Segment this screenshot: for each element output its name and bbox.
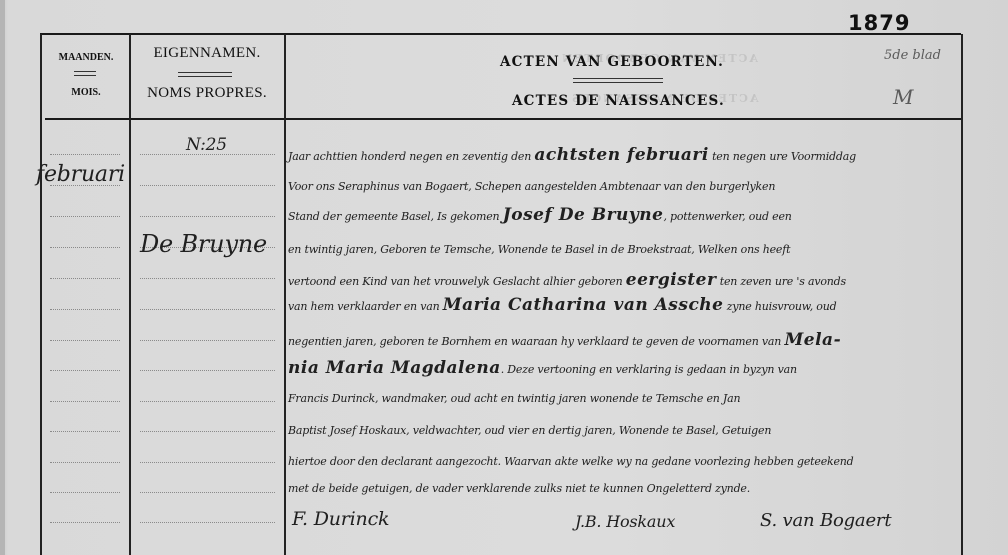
record-line-5: vertoond een Kind van het vrouwelyk Gesl… (288, 270, 846, 290)
record-line-7: negentien jaren, geboren te Bornhem en w… (288, 330, 841, 350)
column-divider-left (40, 34, 42, 555)
header-month-fr: MOIS. (48, 87, 124, 98)
ruled-line (140, 431, 275, 432)
record-line-3: Stand der gemeente Basel, Is gekomen Jos… (288, 205, 792, 225)
ruled-line (140, 522, 275, 523)
page-edge (0, 0, 5, 555)
record-line-2: Voor ons Seraphinus van Bogaert, Schepen… (288, 180, 775, 193)
header-top-rule (40, 33, 961, 35)
ruled-line (50, 216, 120, 217)
record-line-4: en twintig jaren, Geboren te Temsche, Wo… (288, 243, 790, 256)
signature-witness-1: F. Durinck (292, 508, 389, 530)
ruled-line (140, 278, 275, 279)
signature-official: S. van Bogaert (760, 510, 891, 531)
column-divider-right (961, 34, 963, 555)
ruled-line (50, 278, 120, 279)
header-names-nl: EIGENNAMEN. (134, 45, 280, 62)
header-bottom-rule (45, 118, 961, 120)
header-month-divider (74, 71, 96, 76)
record-line-9: Francis Durinck, wandmaker, oud acht en … (288, 392, 740, 405)
record-line-1: Jaar achttien honderd negen en zeventig … (288, 145, 856, 165)
ruled-line (140, 370, 275, 371)
ruled-line (140, 462, 275, 463)
register-page: 1879 MAANDEN. MOIS. EIGENNAMEN. NOMS PRO… (0, 0, 1008, 555)
header-month-nl: MAANDEN. (48, 52, 124, 63)
header-title-nl: ACTEN VAN GEBOORTEN. (500, 54, 724, 70)
record-line-11: hiertoe door den declarant aangezocht. W… (288, 455, 854, 468)
ruled-line (50, 247, 120, 248)
page-initials: M (893, 85, 913, 109)
record-surname: De Bruyne (140, 230, 267, 258)
page-note: 5de blad (884, 48, 941, 63)
record-line-10: Baptist Josef Hoskaux, veldwachter, oud … (288, 424, 771, 437)
record-month: februari (36, 162, 125, 187)
ruled-line (50, 154, 120, 155)
ruled-line (50, 340, 120, 341)
ruled-line (50, 492, 120, 493)
ruled-line (140, 309, 275, 310)
signature-witness-2: J.B. Hoskaux (575, 512, 675, 531)
header-names-divider (178, 72, 232, 77)
ruled-line (50, 401, 120, 402)
ruled-line (50, 431, 120, 432)
record-line-12: met de beide getuigen, de vader verklare… (288, 482, 750, 495)
record-line-6: van hem verklaarder en van Maria Cathari… (288, 295, 836, 315)
register-year: 1879 (848, 11, 910, 35)
header-names-fr: NOMS PROPRES. (134, 85, 280, 102)
ruled-line (140, 401, 275, 402)
ruled-line (140, 185, 275, 186)
column-divider-month (129, 34, 131, 555)
header-title-fr: ACTES DE NAISSANCES. (512, 93, 725, 109)
column-divider-names (284, 34, 286, 555)
record-line-8: nia Maria Magdalena. Deze vertooning en … (288, 358, 797, 378)
ruled-line (50, 522, 120, 523)
ruled-line (50, 462, 120, 463)
record-number: N:25 (186, 135, 227, 155)
ruled-line (50, 309, 120, 310)
ruled-line (140, 340, 275, 341)
ruled-line (140, 216, 275, 217)
ruled-line (140, 492, 275, 493)
ruled-line (50, 370, 120, 371)
header-title-divider (573, 78, 663, 83)
